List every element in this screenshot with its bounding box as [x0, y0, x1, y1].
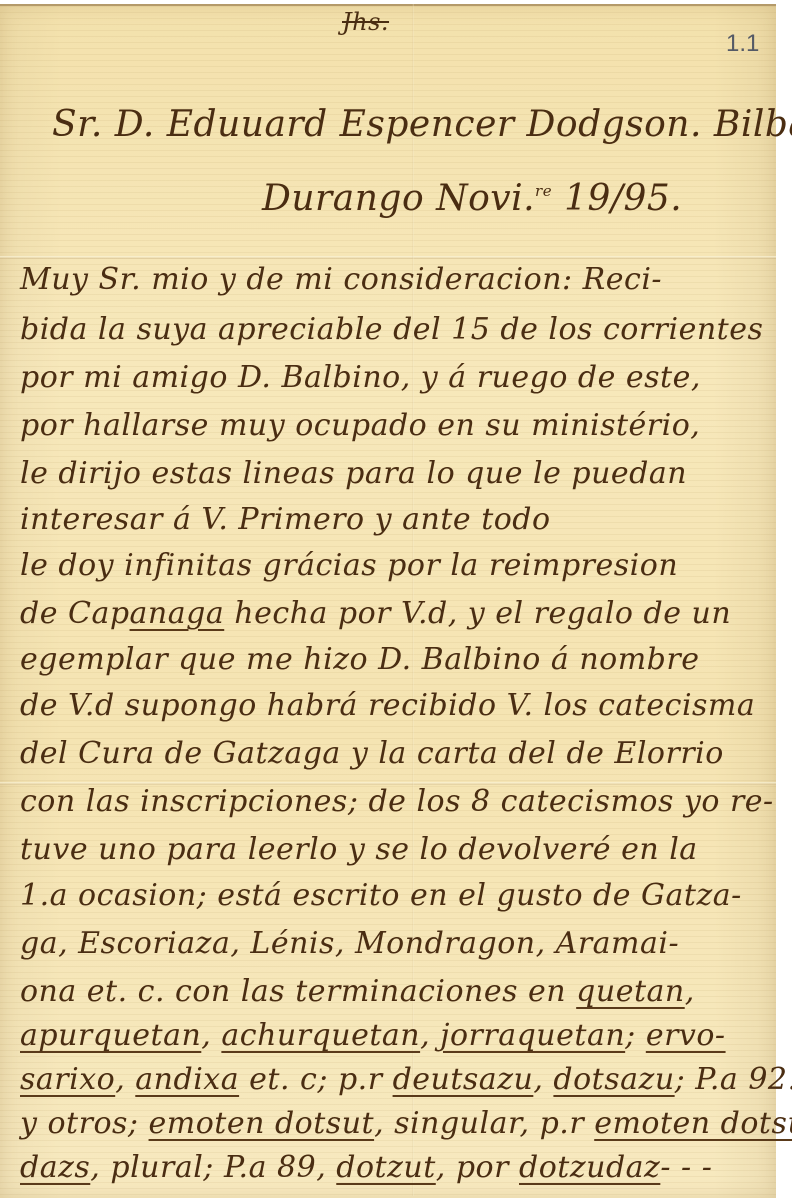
line-text: bida la suya apreciable del 15 de los co… — [20, 312, 763, 347]
date-value: 19/95. — [564, 178, 682, 219]
letter-line: dazs, plural; P.a 89, dotzut, por dotzud… — [20, 1150, 712, 1185]
line-text: - - - — [660, 1150, 712, 1185]
line-text: ona et. c. con las terminaciones en — [20, 974, 576, 1009]
date-month: Novi. — [436, 178, 535, 219]
date-place: Durango — [262, 178, 424, 219]
letter-line: egemplar que me hizo D. Balbino á nombre — [20, 642, 699, 677]
line-text: ga, Escoriaza, Lénis, Mondragon, Aramai- — [20, 926, 679, 961]
underlined-word: emoten dotsu — [594, 1106, 792, 1141]
line-text: por hallarse muy ocupado en su ministéri… — [20, 408, 700, 443]
line-text: ; — [625, 1018, 646, 1053]
line-text: , — [685, 974, 695, 1009]
letter-line: y otros; emoten dotsut, singular, p.r em… — [20, 1106, 792, 1141]
letter-line: con las inscripciones; de los 8 catecism… — [20, 784, 774, 819]
line-text: Cap — [68, 596, 130, 631]
date-line: Durango Novi.re 19/95. — [262, 178, 682, 219]
underlined-word: apurquetan — [20, 1018, 201, 1053]
line-text: , — [201, 1018, 221, 1053]
line-text: , por — [436, 1150, 519, 1185]
letter-line: le dirijo estas lineas para lo que le pu… — [20, 456, 687, 491]
line-text: , — [420, 1018, 440, 1053]
date-month-sup: re — [535, 182, 552, 200]
header-monogram: Jhs. — [342, 8, 389, 36]
underlined-word: dotsazu — [553, 1062, 674, 1097]
letter-line: por hallarse muy ocupado en su ministéri… — [20, 408, 700, 443]
line-text: ; P.a 92. — [675, 1062, 792, 1097]
letter-line: le doy infinitas grácias por la reimpres… — [20, 548, 678, 583]
line-text: , — [115, 1062, 135, 1097]
underlined-word: achurquetan — [221, 1018, 420, 1053]
line-text: , — [533, 1062, 553, 1097]
letter-line: por mi amigo D. Balbino, y á ruego de es… — [20, 360, 701, 395]
line-text: y otros; — [20, 1106, 149, 1141]
letter-line: de Capanaga hecha por V.d, y el regalo d… — [20, 596, 731, 631]
underlined-word: anaga — [130, 596, 225, 631]
line-text: con las inscripciones; de los 8 catecism… — [20, 784, 774, 819]
letter-line: ga, Escoriaza, Lénis, Mondragon, Aramai- — [20, 926, 679, 961]
line-text: , singular, p.r — [374, 1106, 594, 1141]
addressee-line: Sr. D. Eduuard Espencer Dodgson. Bilbao. — [52, 104, 792, 145]
letter-line: apurquetan, achurquetan, jorraquetan; er… — [20, 1018, 726, 1053]
line-text: del Cura de Gatzaga y la carta del de El… — [20, 736, 724, 771]
letter-line: sarixo, andixa et. c; p.r deutsazu, dots… — [20, 1062, 792, 1097]
letter-line: del Cura de Gatzaga y la carta del de El… — [20, 736, 724, 771]
line-text: le dirijo estas lineas para lo que le pu… — [20, 456, 687, 491]
folio-number: 1.1 — [726, 30, 759, 58]
line-text: de V.d supongo habrá recibido V. los cat… — [20, 688, 755, 723]
underlined-word: jorraquetan — [440, 1018, 625, 1053]
line-text: Muy Sr. mio y de mi consideracion: Reci- — [20, 262, 662, 297]
letter-line: ona et. c. con las terminaciones en quet… — [20, 974, 695, 1009]
letter-line: bida la suya apreciable del 15 de los co… — [20, 312, 763, 347]
line-text: le doy infinitas grácias por la reimpres… — [20, 548, 678, 583]
letter-line: tuve uno para leerlo y se lo devolveré e… — [20, 832, 698, 867]
underlined-word: dotzudaz — [519, 1150, 660, 1185]
underlined-word: dotzut — [336, 1150, 436, 1185]
line-text: interesar á V. Primero y ante todo — [20, 502, 551, 537]
underlined-word: emoten dotsut — [149, 1106, 375, 1141]
underlined-word: quetan — [576, 974, 685, 1009]
letter-line: interesar á V. Primero y ante todo — [20, 502, 551, 537]
line-text: 1.a ocasion; está escrito en el gusto de… — [20, 878, 742, 913]
line-text: , plural; P.a 89, — [90, 1150, 336, 1185]
line-text: tuve uno para leerlo y se lo devolveré e… — [20, 832, 698, 867]
line-text: por mi amigo D. Balbino, y á ruego de es… — [20, 360, 701, 395]
line-text: et. c; p.r — [239, 1062, 392, 1097]
letter-line: 1.a ocasion; está escrito en el gusto de… — [20, 878, 742, 913]
line-text: hecha por V.d, y el regalo de un — [224, 596, 731, 631]
underlined-word: ervo- — [646, 1018, 726, 1053]
letter-line: de V.d supongo habrá recibido V. los cat… — [20, 688, 755, 723]
line-text: egemplar que me hizo D. Balbino á nombre — [20, 642, 699, 677]
underlined-word: andixa — [135, 1062, 239, 1097]
letter-line: Muy Sr. mio y de mi consideracion: Reci- — [20, 262, 662, 297]
underlined-word: sarixo — [20, 1062, 115, 1097]
underlined-word: deutsazu — [393, 1062, 534, 1097]
underlined-word: dazs — [20, 1150, 90, 1185]
fold-crease-upper — [0, 256, 776, 259]
line-text: de — [20, 596, 68, 631]
